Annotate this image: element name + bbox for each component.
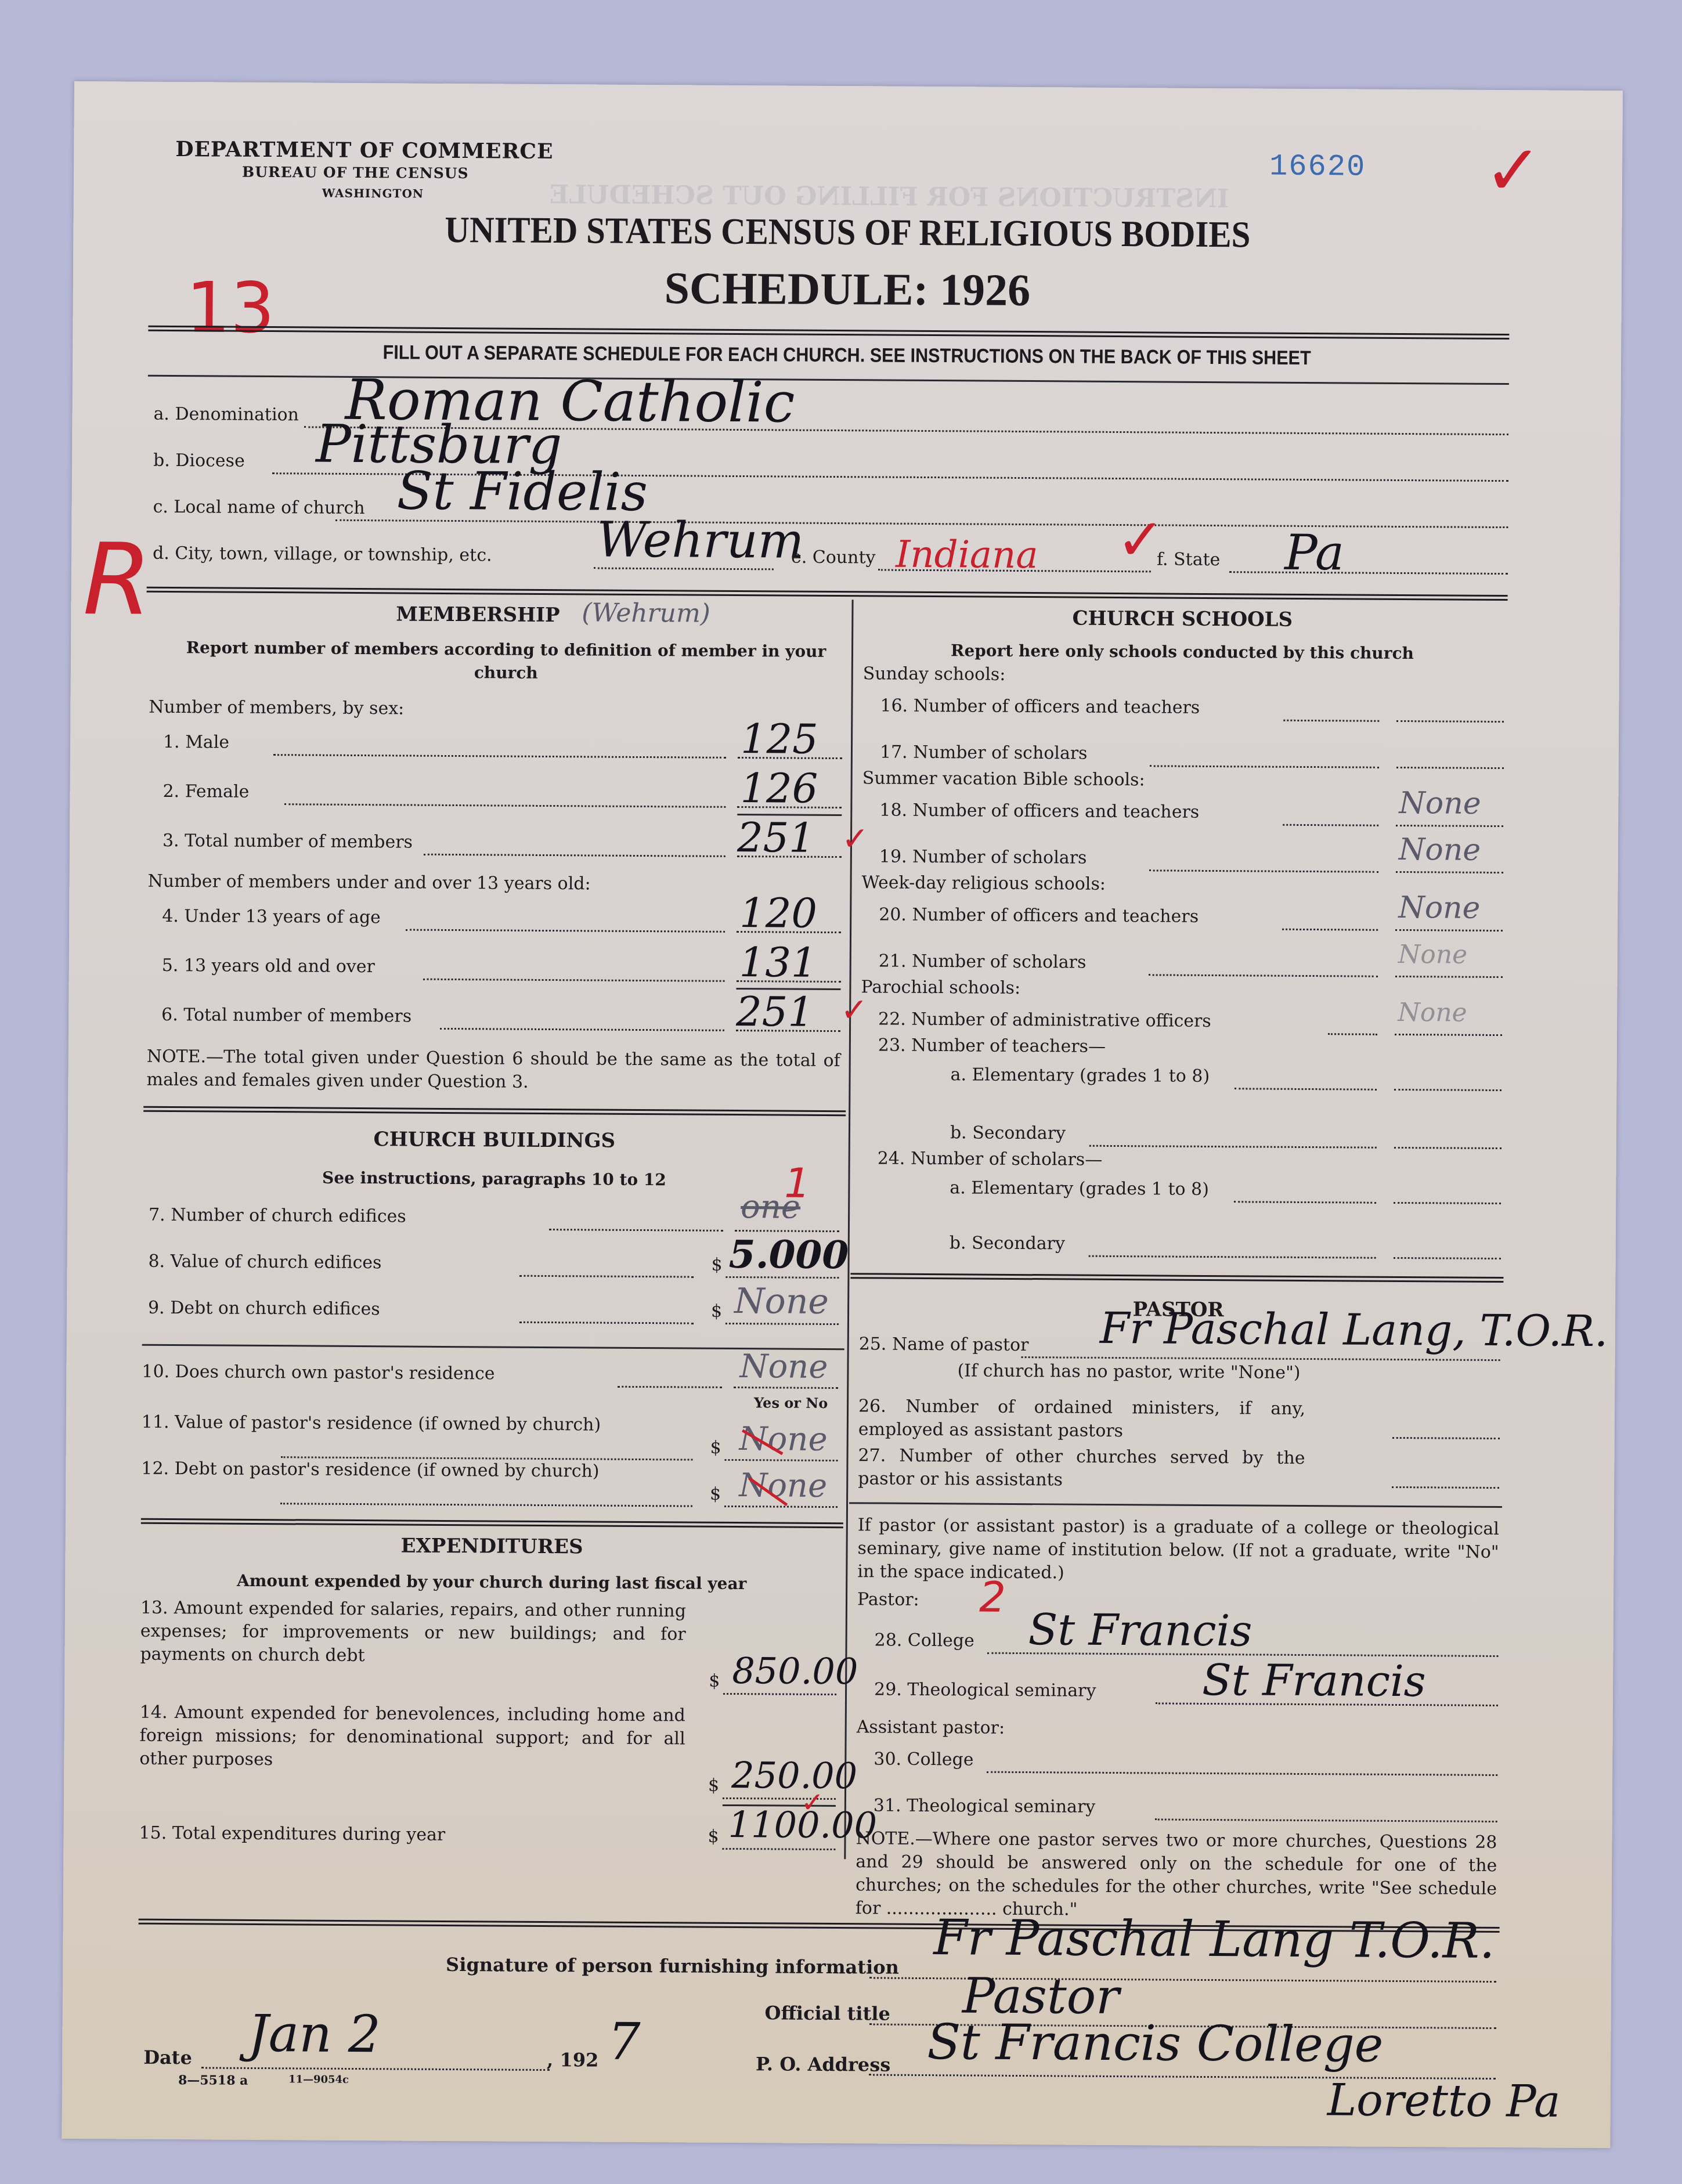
expenditures-instruction: Amount expended by your church during la…: [140, 1571, 843, 1594]
pastor-name-field[interactable]: Fr Paschal Lang, T.O.R.: [1100, 1304, 1608, 1356]
county-field[interactable]: Indiana: [896, 533, 1038, 577]
q12-label: 12. Debt on pastor's residence (if owned…: [141, 1457, 687, 1484]
q11-field[interactable]: None: [739, 1420, 828, 1459]
church-buildings-instruction: See instructions, paragraphs 10 to 12: [143, 1167, 845, 1190]
q21-line: [1149, 974, 1378, 977]
q17-label: 17. Number of scholars: [880, 742, 1088, 764]
bleed-through-text: INSTRUCTIONS FOR FILLING OUT SCHEDULE: [550, 180, 1229, 214]
q24a-line: [1234, 1201, 1376, 1203]
divider: [142, 1344, 844, 1350]
q13-dollar: $: [709, 1671, 720, 1691]
female-label: 2. Female: [163, 781, 249, 802]
divider: [147, 587, 1508, 601]
pastor-name-line: [1022, 1356, 1500, 1361]
over-13-label: 5. 13 years old and over: [162, 955, 375, 977]
q22-field[interactable]: None: [1398, 998, 1467, 1028]
city-label: d. City, town, village, or township, etc…: [153, 543, 492, 566]
q20-label: 20. Number of officers and teachers: [879, 904, 1199, 926]
signature-label: Signature of person furnishing informati…: [446, 1954, 899, 1979]
under-13-field[interactable]: 120: [739, 889, 817, 937]
q24b-line: [1089, 1255, 1376, 1259]
q14-field[interactable]: 250.00: [731, 1754, 857, 1797]
q26-label: 26. Number of ordained ministers, if any…: [858, 1395, 1305, 1444]
po-address-field[interactable]: St Francis College: [927, 2013, 1384, 2073]
q18-line: [1283, 824, 1378, 826]
over-13-field[interactable]: 131: [739, 938, 817, 987]
department-name: DEPARTMENT OF COMMERCE: [175, 137, 553, 164]
census-schedule-sheet: INSTRUCTIONS FOR FILLING OUT SCHEDULE DE…: [62, 81, 1623, 2148]
county-label: e. County: [791, 547, 876, 568]
graduate-instruction: If pastor (or assistant pastor) is a gra…: [857, 1514, 1499, 1587]
divider: [849, 1502, 1502, 1508]
by-age-label: Number of members under and over 13 year…: [147, 871, 590, 894]
q16-line: [1283, 720, 1379, 722]
denomination-label: a. Denomination: [153, 404, 299, 425]
q7-label: 7. Number of church edifices: [149, 1205, 406, 1227]
q27-label: 27. Number of other churches served by t…: [858, 1444, 1305, 1493]
city-annotation: (Wehrum): [582, 598, 710, 628]
q28-field[interactable]: St Francis: [1028, 1605, 1252, 1656]
q13-field[interactable]: 850.00: [732, 1649, 858, 1692]
q13-answer-line: [723, 1693, 836, 1695]
city-field[interactable]: Wehrum: [597, 511, 804, 569]
church-schools-heading: CHURCH SCHOOLS: [860, 605, 1504, 633]
assistant-pastor-label: Assistant pastor:: [857, 1717, 1005, 1738]
q23b-line: [1089, 1145, 1377, 1149]
year-prefix: , 192: [547, 2049, 598, 2071]
official-title-label: Official title: [765, 2002, 890, 2024]
po-address-field-2[interactable]: Loretto Pa: [1327, 2074, 1561, 2127]
q23a-label: a. Elementary (grades 1 to 8): [950, 1064, 1210, 1086]
expenditures-heading: EXPENDITURES: [140, 1533, 843, 1560]
q16-label: 16. Number of officers and teachers: [880, 696, 1200, 718]
q17-answer-line: [1396, 767, 1504, 769]
female-line: [284, 803, 726, 808]
q20-answer-line: [1395, 929, 1503, 932]
q10-line: [618, 1386, 722, 1388]
q8-dollar: $: [711, 1255, 722, 1275]
total-members-2-label: 6. Total number of members: [161, 1005, 412, 1027]
red-checkmark-icon: ✓: [801, 1786, 825, 1819]
q21-field[interactable]: None: [1398, 940, 1468, 970]
date-line: [201, 2067, 550, 2071]
q11-label: 11. Value of pastor's residence (if owne…: [142, 1411, 687, 1438]
q19-answer-line: [1396, 871, 1503, 873]
membership-heading: MEMBERSHIP: [396, 602, 560, 627]
q23b-answer-line: [1394, 1147, 1501, 1149]
q20-field[interactable]: None: [1398, 890, 1480, 926]
total-members-line: [424, 854, 726, 857]
female-field[interactable]: 126: [740, 764, 818, 813]
summer-schools-label: Summer vacation Bible schools:: [862, 768, 1145, 790]
form-subtitle: SCHEDULE: 1926: [73, 258, 1622, 320]
q10-answer-line: [734, 1387, 838, 1389]
q31-label: 31. Theological seminary: [874, 1795, 1096, 1817]
po-address-label: P. O. Address: [756, 2053, 890, 2075]
q23a-answer-line: [1394, 1089, 1501, 1091]
q28-label: 28. College: [875, 1630, 974, 1651]
q19-field[interactable]: None: [1399, 832, 1481, 868]
by-sex-label: Number of members, by sex:: [149, 697, 404, 719]
q23-label: 23. Number of teachers—: [878, 1035, 1106, 1056]
q26-answer-line: [1392, 1437, 1500, 1439]
q24a-answer-line: [1394, 1202, 1501, 1204]
q29-label: 29. Theological seminary: [874, 1679, 1096, 1701]
q9-answer-line: [726, 1323, 839, 1325]
q13-label: 13. Amount expended for salaries, repair…: [140, 1597, 686, 1670]
q9-dollar: $: [711, 1301, 722, 1322]
q20-line: [1282, 929, 1378, 931]
q23a-line: [1235, 1088, 1377, 1090]
city-name: WASHINGTON: [322, 186, 424, 201]
date-label: Date: [143, 2046, 192, 2069]
q18-answer-line: [1396, 825, 1503, 827]
yes-no-hint: Yes or No: [754, 1394, 828, 1412]
q21-answer-line: [1395, 976, 1503, 978]
red-checkmark-icon: ✓: [1484, 131, 1543, 212]
total-members-2-field[interactable]: 251: [736, 988, 814, 1036]
red-checkmark-icon: ✓: [842, 820, 869, 858]
q27-answer-line: [1392, 1486, 1499, 1489]
q16-answer-line: [1396, 720, 1504, 723]
state-field[interactable]: Pa: [1284, 524, 1344, 582]
q24a-label: a. Elementary (grades 1 to 8): [950, 1178, 1209, 1200]
weekday-schools-label: Week-day religious schools:: [861, 872, 1106, 894]
male-line: [273, 754, 726, 759]
q24b-answer-line: [1394, 1257, 1501, 1259]
q19-line: [1149, 869, 1378, 872]
q15-dollar: $: [708, 1826, 719, 1847]
q21-label: 21. Number of scholars: [879, 951, 1087, 972]
margin-letter-mark: R: [82, 522, 151, 638]
q9-field[interactable]: None: [734, 1281, 829, 1322]
q7-correction: 1: [784, 1160, 810, 1207]
q10-field[interactable]: None: [739, 1348, 828, 1386]
q23b-label: b. Secondary: [950, 1122, 1066, 1143]
q12-field[interactable]: None: [739, 1467, 827, 1505]
q30-label: 30. College: [874, 1749, 973, 1770]
q22-answer-line: [1395, 1034, 1502, 1036]
print-code: 11—9054c: [288, 2073, 349, 2086]
state-line: [1229, 571, 1508, 575]
form-number: 8—5518 a: [178, 2073, 248, 2088]
q11-dollar: $: [710, 1438, 721, 1458]
divider: [850, 1273, 1503, 1283]
diocese-label: b. Diocese: [153, 450, 245, 471]
male-field[interactable]: 125: [741, 715, 818, 763]
q18-label: 18. Number of officers and teachers: [879, 800, 1199, 822]
q7-line: [549, 1229, 723, 1232]
margin-number-mark: 13: [186, 268, 275, 349]
parochial-schools-label: Parochial schools:: [861, 977, 1020, 998]
q14-label: 14. Amount expended for benevolences, in…: [139, 1701, 685, 1774]
q31-line: [1155, 1818, 1497, 1822]
q8-line: [519, 1275, 694, 1278]
q22-label: 22. Number of administrative officers: [878, 1009, 1211, 1031]
q10-label: 10. Does church own pastor's residence: [142, 1362, 495, 1384]
sunday-schools-label: Sunday schools:: [863, 663, 1006, 684]
membership-note: NOTE.—The total given under Question 6 s…: [146, 1045, 840, 1096]
q11-answer-line: [725, 1459, 838, 1461]
year-field[interactable]: 7: [608, 2012, 641, 2071]
total-members-field[interactable]: 251: [737, 814, 815, 862]
serial-number-stamp: 16620: [1269, 150, 1366, 185]
divider: [143, 1106, 846, 1116]
pastor-sub-label: Pastor:: [857, 1589, 919, 1610]
state-label: f. State: [1157, 549, 1221, 570]
q12-dollar: $: [710, 1484, 721, 1504]
membership-instruction: Report number of members according to de…: [169, 636, 843, 687]
local-name-label: c. Local name of church: [153, 497, 364, 518]
q30-line: [987, 1771, 1497, 1776]
date-field[interactable]: Jan 2: [248, 2003, 381, 2064]
over-13-line: [423, 979, 725, 982]
q29-field[interactable]: St Francis: [1202, 1655, 1426, 1706]
q9-line: [519, 1322, 694, 1324]
q22-line: [1328, 1033, 1377, 1035]
q17-line: [1150, 765, 1379, 768]
form-title: UNITED STATES CENSUS OF RELIGIOUS BODIES: [135, 207, 1560, 258]
fill-out-instruction: FILL OUT A SEPARATE SCHEDULE FOR EACH CH…: [150, 340, 1543, 371]
total-members-label: 3. Total number of members: [163, 831, 413, 853]
signature-field[interactable]: Fr Paschal Lang T.O.R.: [933, 1909, 1495, 1969]
divider: [148, 326, 1509, 340]
q9-label: 9. Debt on church edifices: [148, 1298, 380, 1319]
q15-label: 15. Total expenditures during year: [139, 1823, 445, 1845]
q12-line: [280, 1503, 692, 1507]
q18-field[interactable]: None: [1399, 786, 1481, 821]
pastor-mark: 2: [979, 1573, 1006, 1622]
pastor-name-label: 25. Name of pastor: [859, 1334, 1029, 1355]
q15-answer-line: [722, 1848, 835, 1850]
q24b-label: b. Secondary: [950, 1233, 1065, 1254]
under-13-label: 4. Under 13 years of age: [162, 906, 381, 927]
total-members-2-line: [440, 1028, 724, 1031]
divider: [141, 1518, 843, 1528]
male-label: 1. Male: [163, 732, 229, 753]
q19-label: 19. Number of scholars: [879, 846, 1087, 868]
church-schools-instruction: Report here only schools conducted by th…: [860, 640, 1504, 663]
bureau-name: BUREAU OF THE CENSUS: [242, 164, 469, 182]
q14-dollar: $: [708, 1775, 719, 1796]
q12-answer-line: [724, 1506, 838, 1508]
q8-field[interactable]: 5.000: [728, 1232, 849, 1277]
pastor-name-hint: (If church has no pastor, write "None"): [957, 1360, 1300, 1383]
under-13-line: [406, 929, 725, 933]
q8-label: 8. Value of church edifices: [148, 1251, 381, 1273]
q24-label: 24. Number of scholars—: [878, 1148, 1103, 1169]
church-buildings-heading: CHURCH BUILDINGS: [143, 1127, 846, 1154]
